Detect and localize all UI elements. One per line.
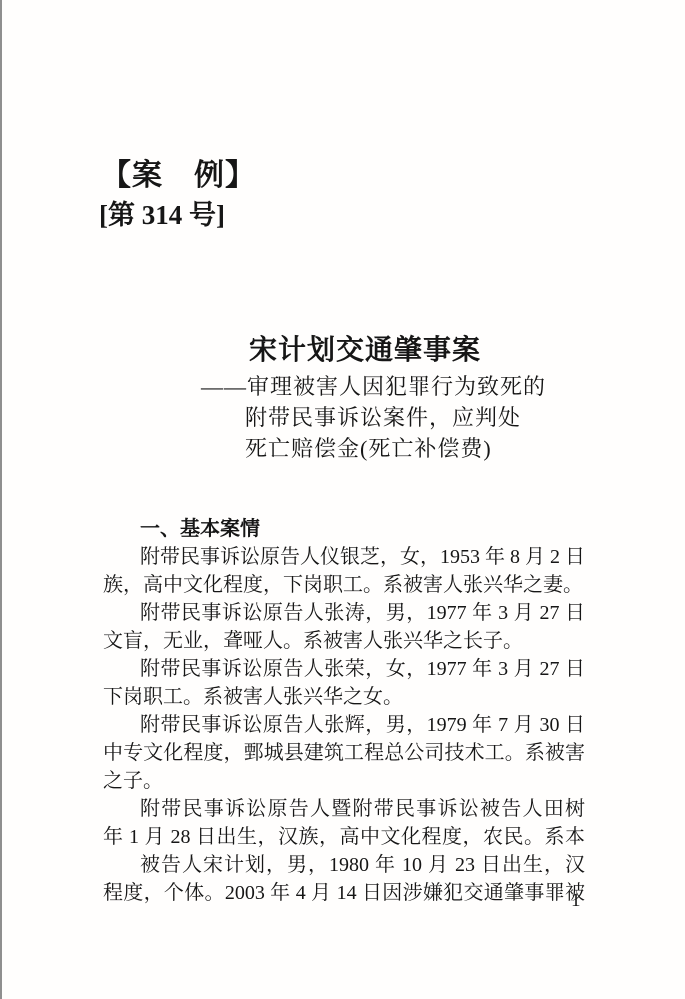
case-subtitle-line-1: ——审理被害人因犯罪行为致死的 [201,371,546,402]
body-line: 之子。 [103,767,585,795]
case-label: 【案 例】 [101,150,256,194]
body-line: 被告人宋计划，男，1980 年 10 月 23 日出生，汉族，中专文化 [103,851,585,879]
case-number: [第 314 号] [99,193,225,232]
case-body: 一、基本案情 附带民事诉讼原告人仪银芝，女，1953 年 8 月 2 日出生，汉… [103,515,585,907]
body-line: 文盲，无业，聋哑人。系被害人张兴华之长子。 [103,627,585,655]
paragraph: 附带民事诉讼原告人张辉，男，1979 年 7 月 30 日出生，汉族， 中专文化… [103,711,585,795]
paragraph: 附带民事诉讼原告人张涛，男，1977 年 3 月 27 日出生，汉族， 文盲，无… [103,599,585,655]
body-line: 程度，个体。2003 年 4 月 14 日因涉嫌犯交通肇事罪被东营市公 [103,879,585,907]
paragraph: 附带民事诉讼原告人张荣，女，1977 年 3 月 27 日出生，汉族， 下岗职工… [103,655,585,711]
body-line: 中专文化程度，鄄城县建筑工程总公司技术工。系被害人张兴华 [103,739,585,767]
paragraph: 附带民事诉讼原告人暨附带民事诉讼被告人田树亮，男，1962 年 1 月 28 日… [103,795,585,851]
paragraph: 被告人宋计划，男，1980 年 10 月 23 日出生，汉族，中专文化 程度，个… [103,851,585,907]
scan-edge-line [0,0,2,999]
body-line: 族，高中文化程度，下岗职工。系被害人张兴华之妻。 [103,571,585,599]
page-number: 1 [571,890,581,912]
body-line: 附带民事诉讼原告人张涛，男，1977 年 3 月 27 日出生，汉族， [103,599,585,627]
case-subtitle-line-2: 附带民事诉讼案件，应判处 [201,402,546,433]
case-title: 宋计划交通肇事案 [249,328,481,368]
scanned-book-page: 【案 例】 [第 314 号] 宋计划交通肇事案 ——审理被害人因犯罪行为致死的… [0,0,685,999]
section-heading: 一、基本案情 [103,515,585,543]
body-line: 附带民事诉讼原告人暨附带民事诉讼被告人田树亮，男，1962 [103,795,585,823]
case-subtitle-line-3: 死亡赔偿金(死亡补偿费) [201,433,546,464]
body-line: 年 1 月 28 日出生，汉族，高中文化程度，农民。系本案被害人。 [103,823,585,851]
body-line: 附带民事诉讼原告人仪银芝，女，1953 年 8 月 2 日出生，汉 [103,543,585,571]
body-line: 下岗职工。系被害人张兴华之女。 [103,683,585,711]
paragraph: 附带民事诉讼原告人仪银芝，女，1953 年 8 月 2 日出生，汉 族，高中文化… [103,543,585,599]
body-line: 附带民事诉讼原告人张辉，男，1979 年 7 月 30 日出生，汉族， [103,711,585,739]
body-line: 附带民事诉讼原告人张荣，女，1977 年 3 月 27 日出生，汉族， [103,655,585,683]
case-subtitle: ——审理被害人因犯罪行为致死的 附带民事诉讼案件，应判处 死亡赔偿金(死亡补偿费… [201,371,546,464]
